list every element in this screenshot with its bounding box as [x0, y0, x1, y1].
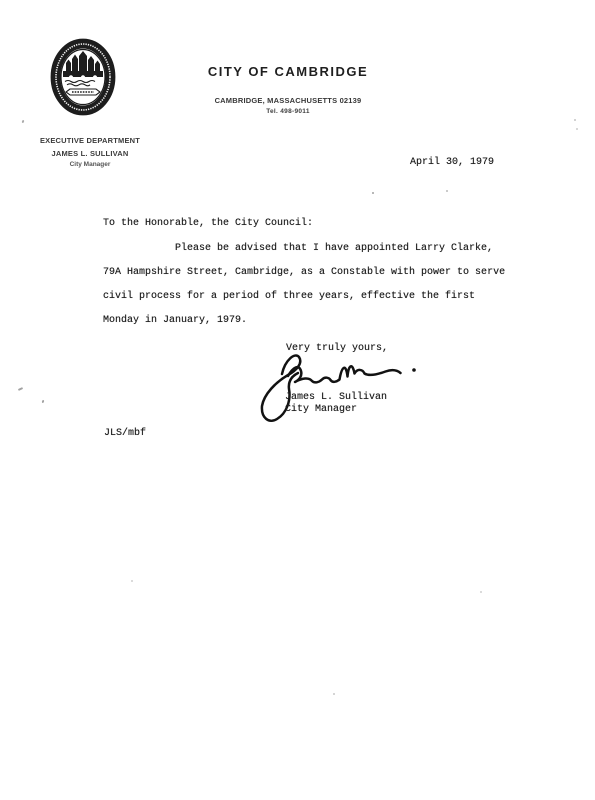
- letter-body-line: civil process for a period of three year…: [103, 291, 475, 303]
- scan-speck: [18, 387, 23, 391]
- letter-salutation: To the Honorable, the City Council:: [103, 218, 313, 230]
- scan-speck: [333, 693, 335, 695]
- department-name: EXECUTIVE DEPARTMENT: [28, 136, 152, 145]
- scan-speck: [480, 591, 482, 593]
- letterhead-phone: Tel. 498-9011: [178, 108, 398, 115]
- letter-date: April 30, 1979: [410, 157, 494, 169]
- city-of-cambridge-seal-icon: [50, 38, 116, 116]
- scan-speck: [446, 190, 448, 192]
- scan-speck: [372, 192, 374, 194]
- department-block: EXECUTIVE DEPARTMENT JAMES L. SULLIVAN C…: [28, 136, 152, 168]
- scan-speck: [574, 119, 576, 121]
- letter-body-line: Please be advised that I have appointed …: [175, 243, 493, 255]
- official-name: JAMES L. SULLIVAN: [28, 149, 152, 158]
- handwritten-signature-icon: [252, 350, 427, 430]
- letter-body-line: 79A Hampshire Street, Cambridge, as a Co…: [103, 267, 505, 279]
- seal-banner: [66, 89, 100, 95]
- scan-speck: [576, 128, 578, 130]
- letter-body-line: Monday in January, 1979.: [103, 315, 247, 327]
- scanned-letter-page: CITY OF CAMBRIDGE CAMBRIDGE, MASSACHUSET…: [0, 0, 595, 800]
- letterhead: CITY OF CAMBRIDGE CAMBRIDGE, MASSACHUSET…: [178, 64, 398, 115]
- signature-typed-title: City Manager: [285, 404, 357, 416]
- signature-typed-name: James L. Sullivan: [285, 392, 387, 404]
- scan-speck: [22, 120, 25, 124]
- scan-speck: [131, 580, 133, 582]
- reference-initials: JLS/mbf: [104, 428, 146, 440]
- letterhead-address: CAMBRIDGE, MASSACHUSETTS 02139: [178, 96, 398, 105]
- scan-speck: [42, 400, 45, 403]
- letterhead-title: CITY OF CAMBRIDGE: [178, 64, 398, 79]
- official-title: City Manager: [28, 161, 152, 168]
